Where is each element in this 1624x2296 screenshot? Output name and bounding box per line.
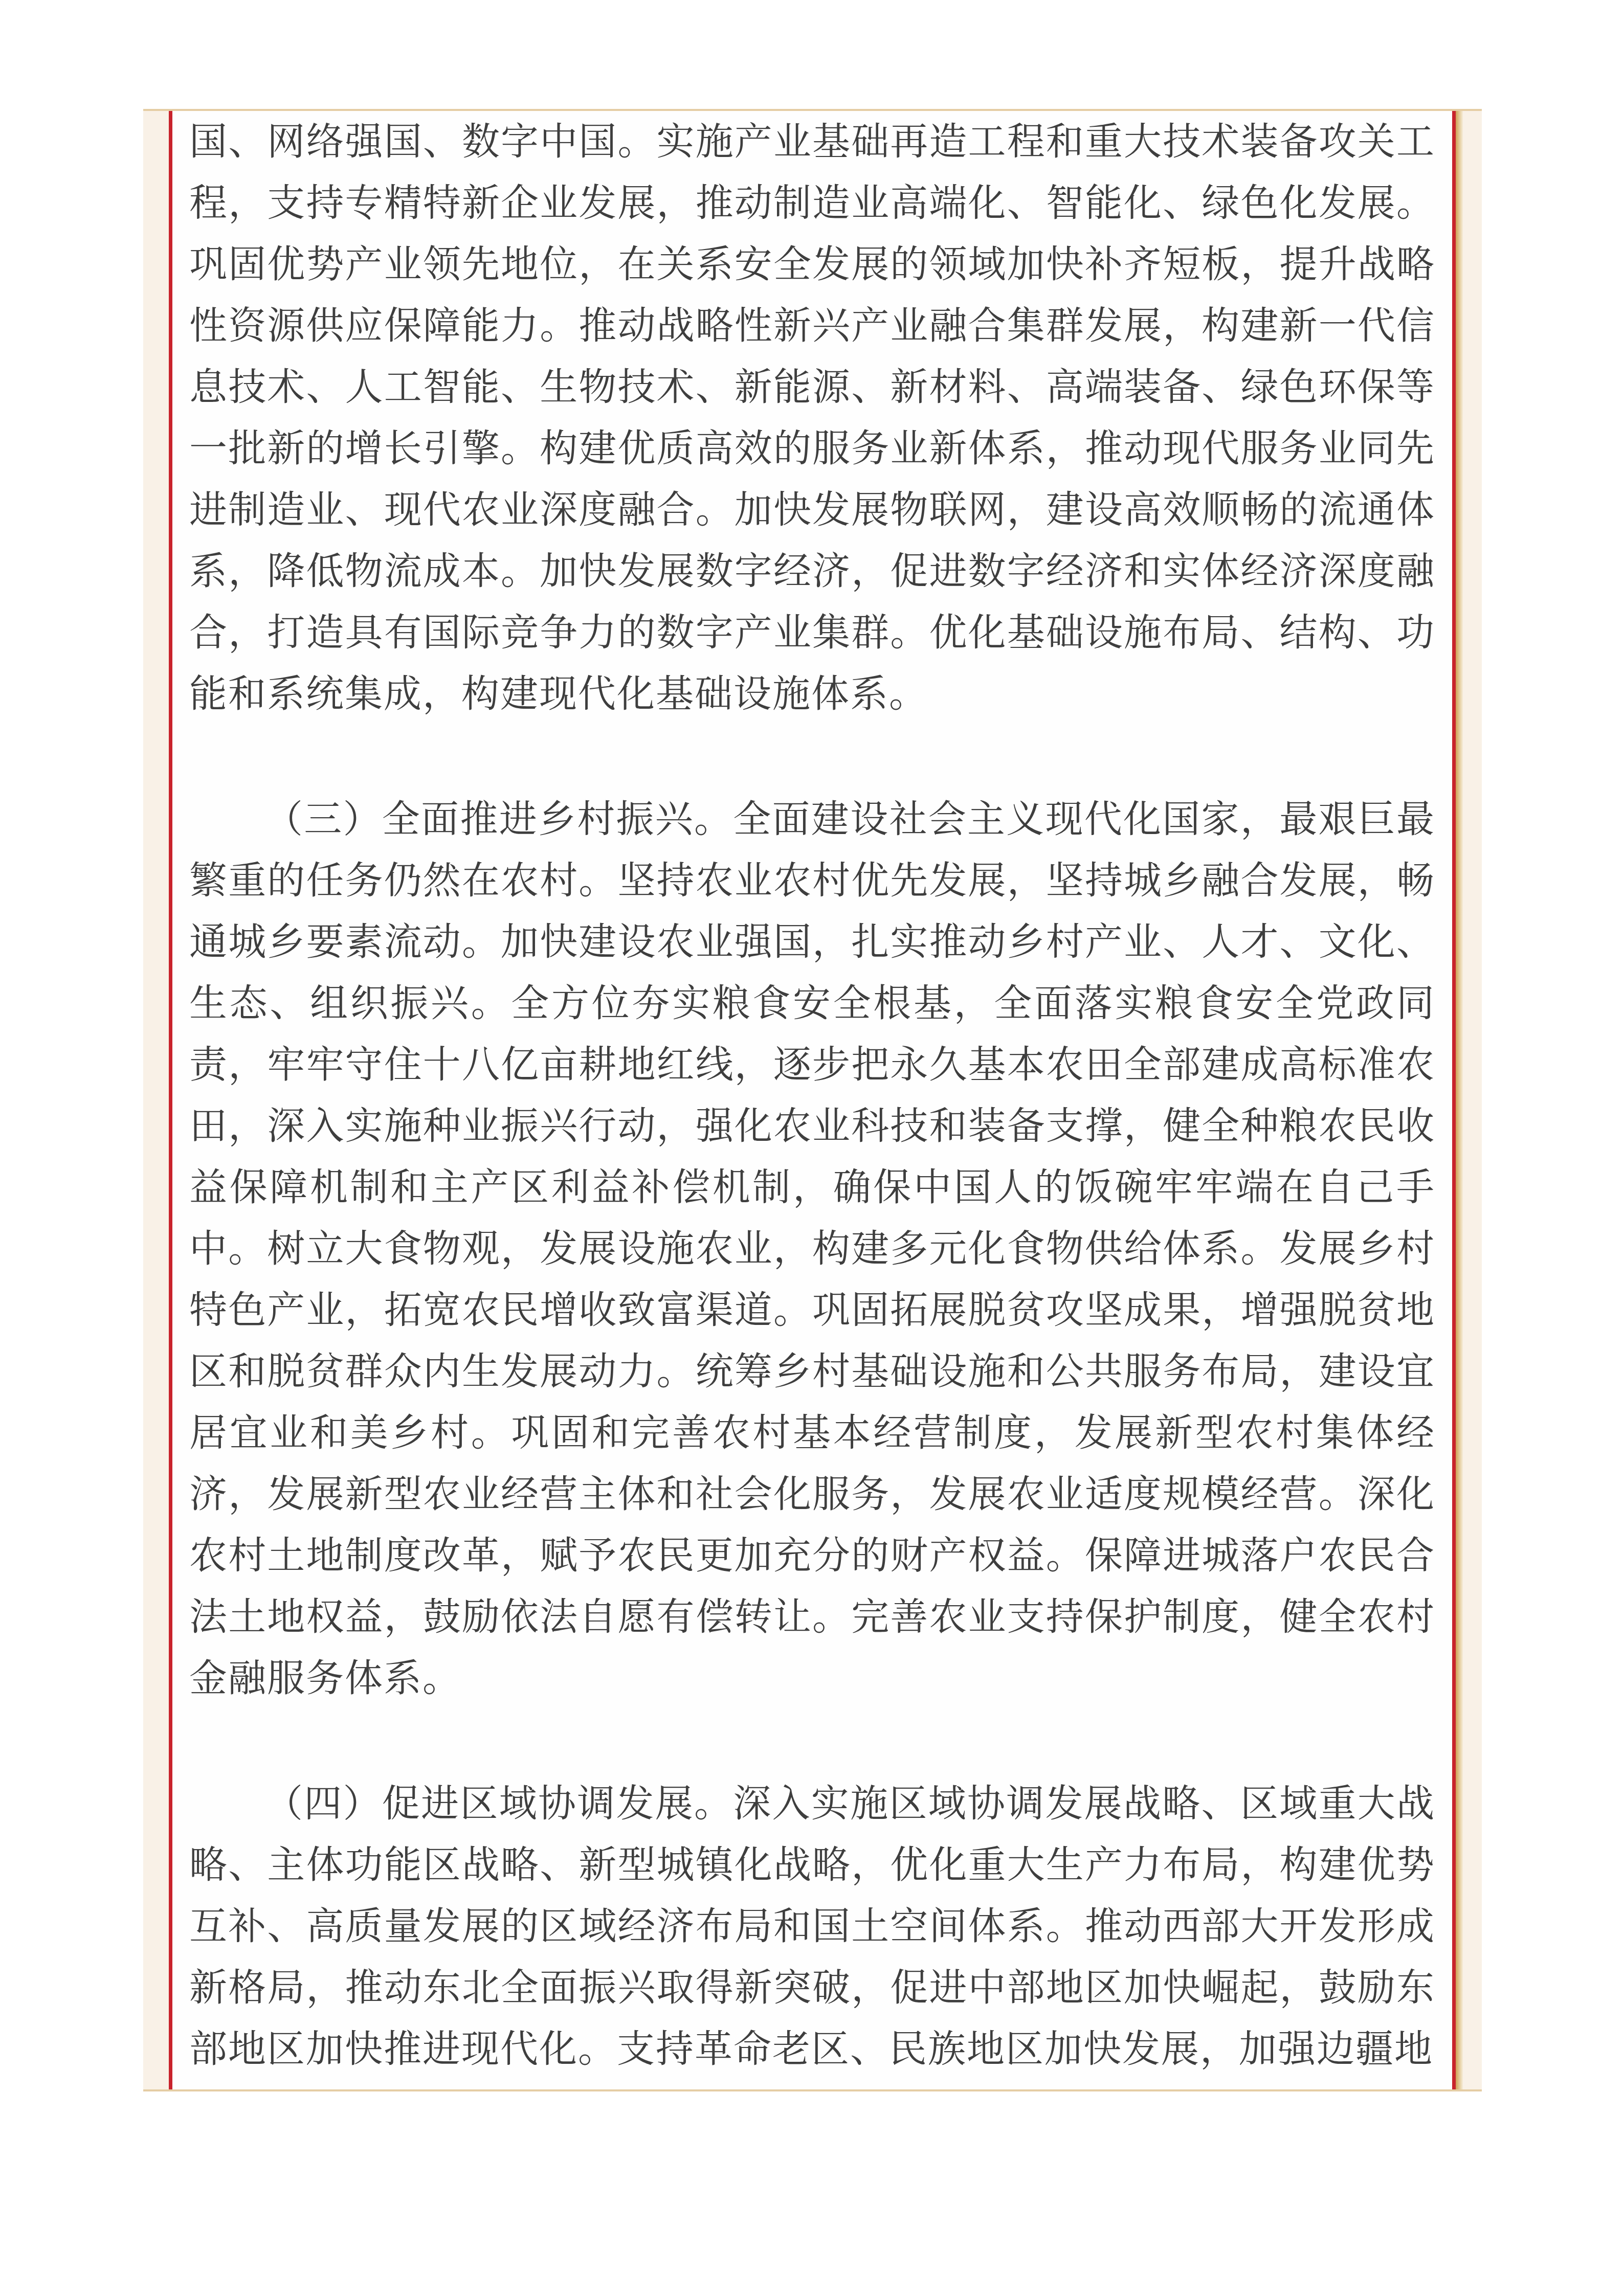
gold-shadow-accent bbox=[1456, 111, 1463, 2089]
document-body: 国、网络强国、数字中国。实施产业基础再造工程和重大技术装备攻关工程，支持专精特新… bbox=[189, 111, 1435, 2080]
paragraph-section-3: （三）全面推进乡村振兴。全面建设社会主义现代化国家，最艰巨最繁重的任务仍然在农村… bbox=[189, 789, 1435, 1709]
paragraph-continued: 国、网络强国、数字中国。实施产业基础再造工程和重大技术装备攻关工程，支持专精特新… bbox=[189, 111, 1435, 725]
paragraph-section-4: （四）促进区域协调发展。深入实施区域协调发展战略、区域重大战略、主体功能区战略、… bbox=[189, 1773, 1435, 2080]
left-red-rule bbox=[169, 111, 172, 2089]
document-frame: 国、网络强国、数字中国。实施产业基础再造工程和重大技术装备攻关工程，支持专精特新… bbox=[143, 109, 1482, 2091]
content-panel: 国、网络强国、数字中国。实施产业基础再造工程和重大技术装备攻关工程，支持专精特新… bbox=[172, 111, 1452, 2089]
right-red-rule bbox=[1452, 111, 1456, 2089]
page-background: 国、网络强国、数字中国。实施产业基础再造工程和重大技术装备攻关工程，支持专精特新… bbox=[0, 0, 1624, 2296]
